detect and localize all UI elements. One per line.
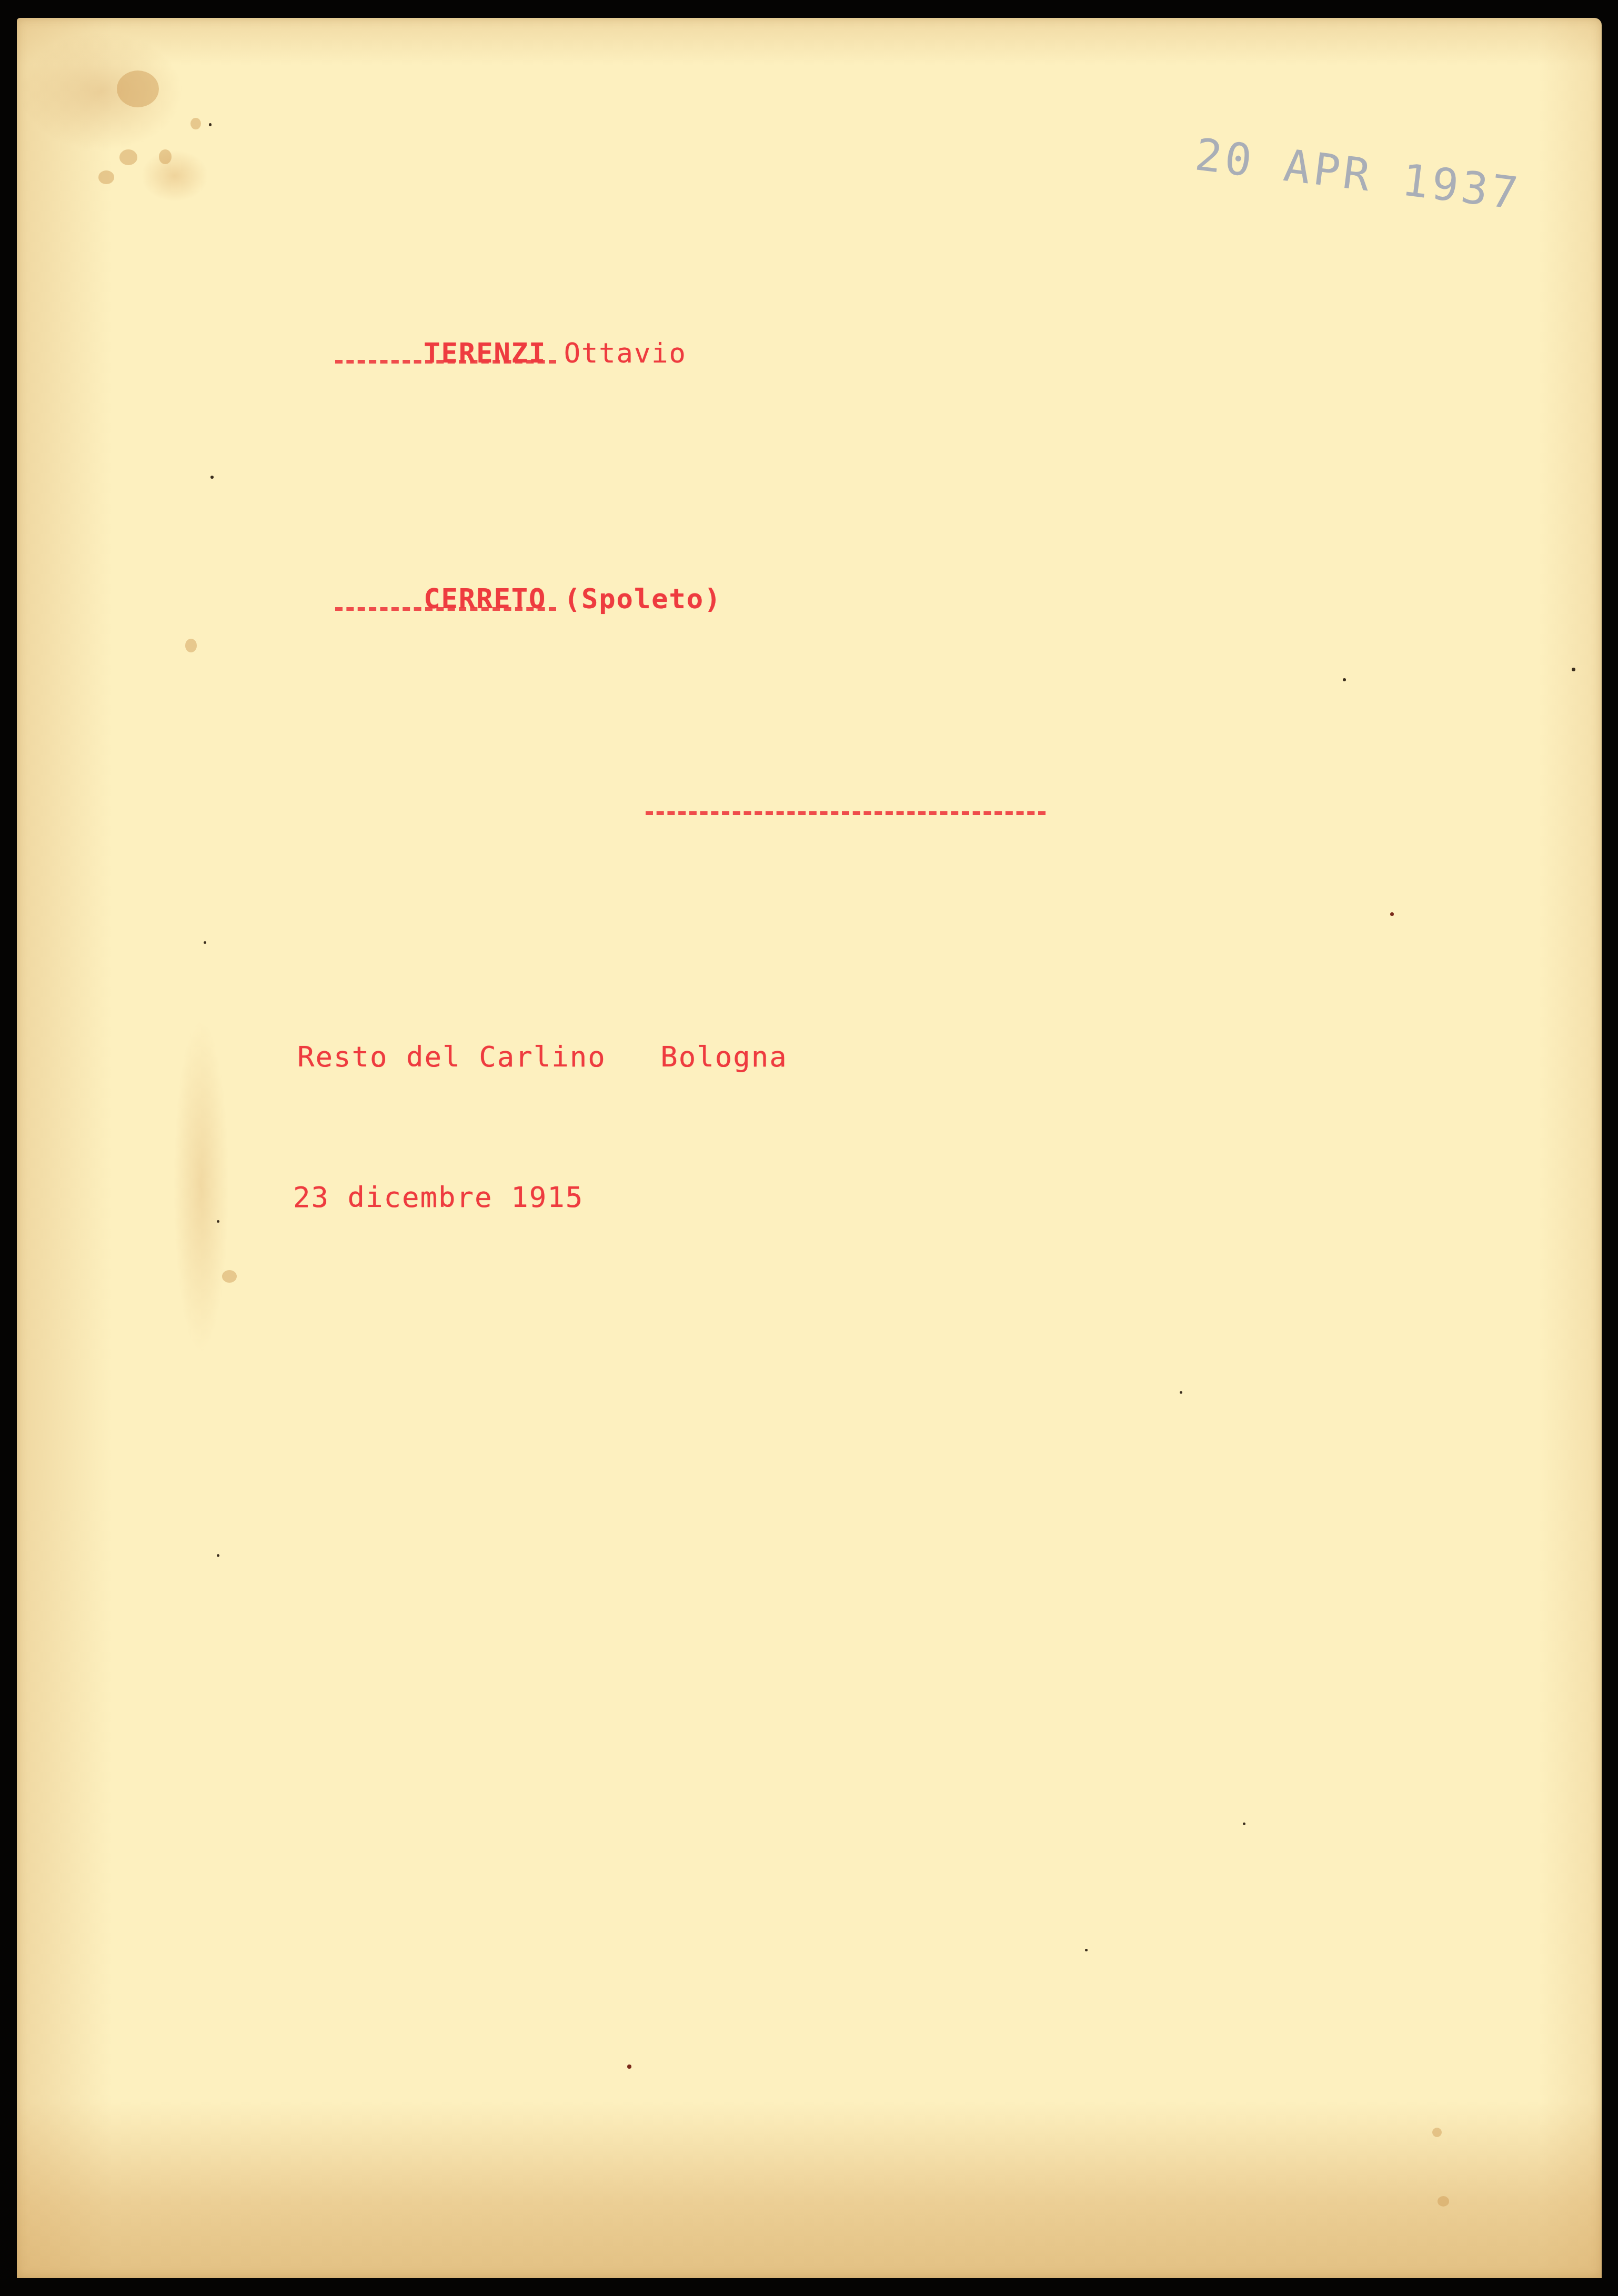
stain <box>98 170 114 184</box>
given-name: Ottavio <box>564 338 687 369</box>
source-newspaper: Resto del Carlino <box>297 1040 606 1073</box>
speck <box>204 941 206 944</box>
record-date: 23 dicembre 1915 <box>293 1181 584 1214</box>
speck <box>217 1554 219 1557</box>
document-paper: 20 APR 1937 TERENZI Ottavio CERRETO (Spo… <box>17 18 1602 2278</box>
speck <box>217 1220 219 1223</box>
speck <box>627 2065 631 2069</box>
speck <box>1180 1391 1182 1394</box>
stain <box>1438 2196 1449 2207</box>
stain <box>119 149 137 165</box>
speck <box>1085 1949 1088 1951</box>
speck <box>1572 668 1575 671</box>
surname: TERENZI <box>424 338 546 369</box>
section-divider <box>646 811 1046 815</box>
speck <box>210 476 214 479</box>
source-line: Resto del Carlino Bologna <box>225 1007 788 1106</box>
speck <box>1390 912 1394 916</box>
person-name: TERENZI Ottavio <box>354 306 687 401</box>
date-stamp: 20 APR 1937 <box>1192 128 1524 219</box>
name-underline <box>335 360 556 364</box>
stain <box>159 149 172 164</box>
source-city: Bologna <box>660 1040 788 1073</box>
place-line: CERRETO (Spoleto) <box>354 552 721 647</box>
stain <box>222 1270 237 1283</box>
place-underline <box>335 607 556 611</box>
speck <box>209 123 212 126</box>
stain <box>185 639 197 652</box>
speck <box>1243 1822 1245 1825</box>
stain <box>190 118 201 129</box>
stain <box>117 71 159 107</box>
speck <box>1343 678 1346 681</box>
stain <box>1432 2128 1442 2137</box>
place-district: (Spoleto) <box>564 583 722 615</box>
